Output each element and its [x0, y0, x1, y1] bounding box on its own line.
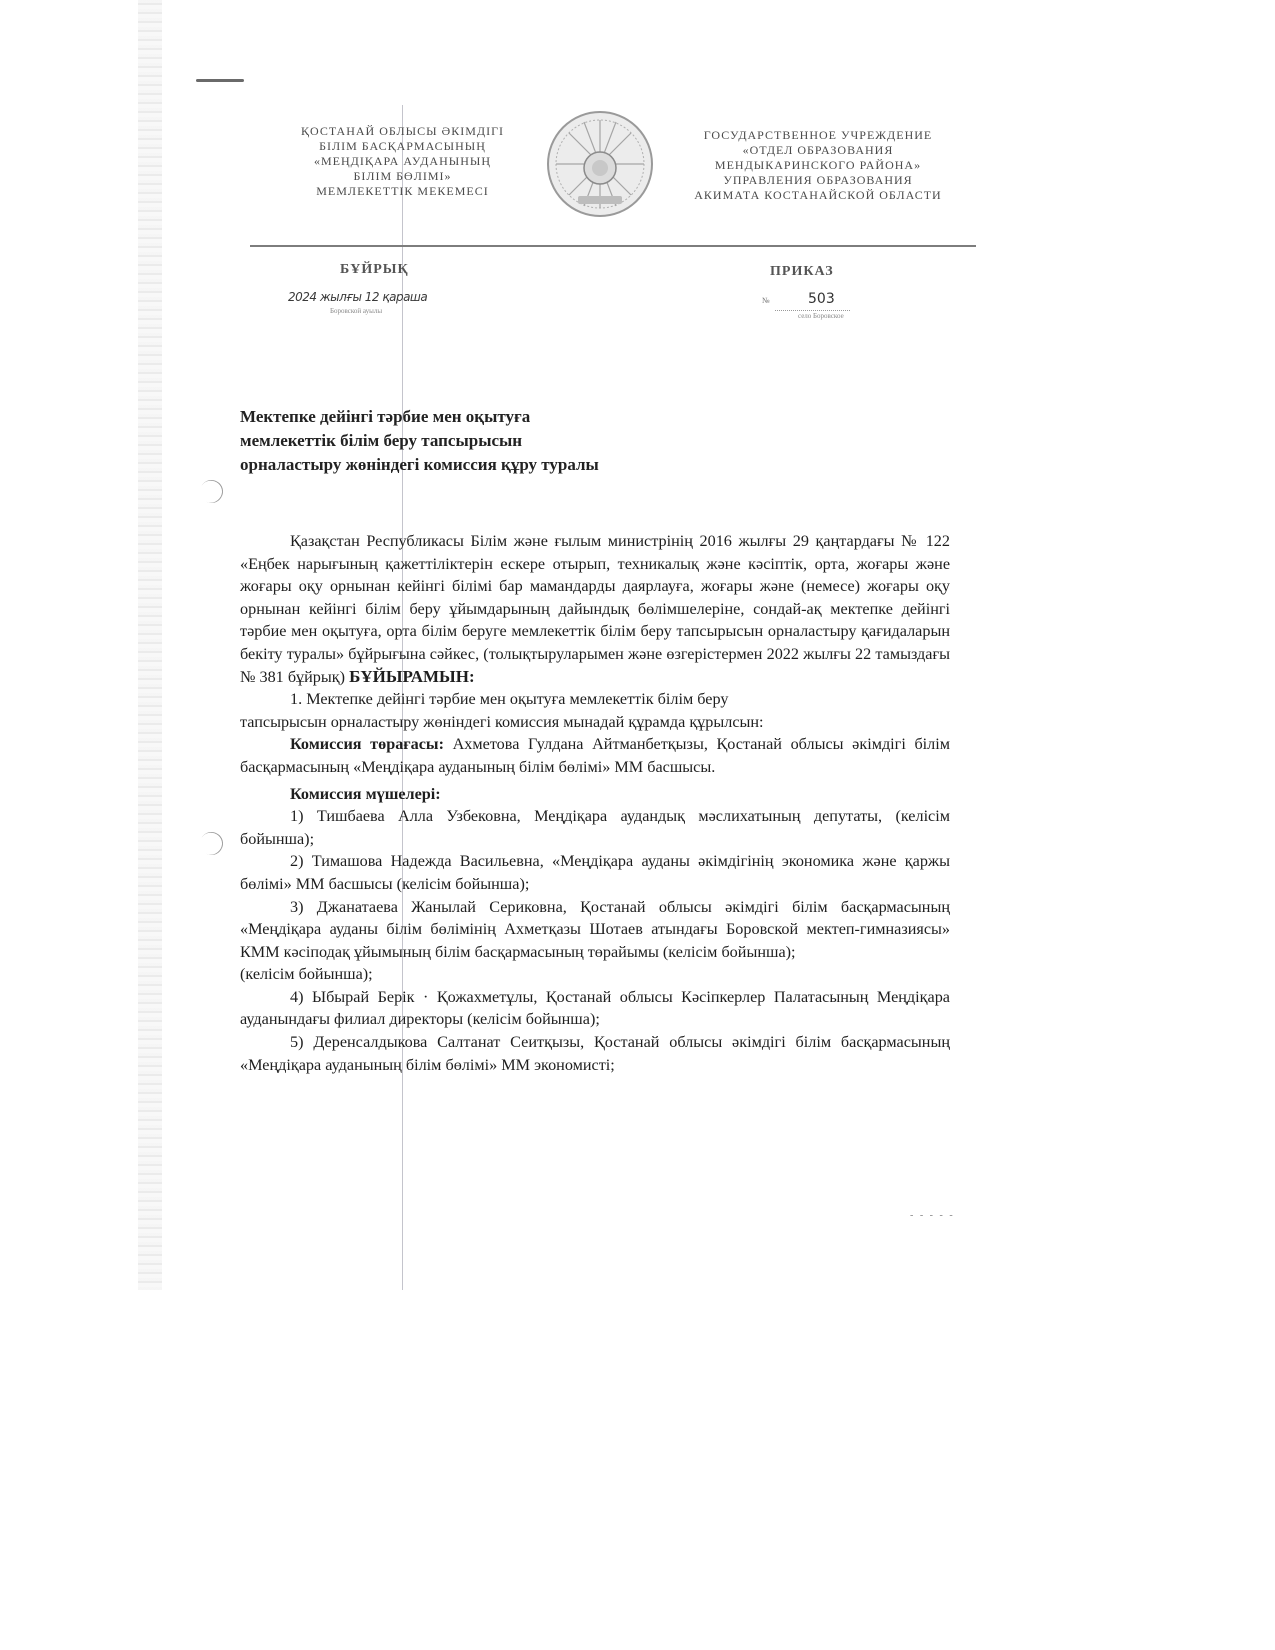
chair-paragraph: Комиссия төрағасы: Ахметова Гулдана Айтм…: [240, 733, 950, 778]
document-body: Қазақстан Республикасы Білім және ғылым …: [240, 530, 950, 1076]
scan-mark: [196, 79, 244, 82]
punch-hole-mark: [196, 476, 227, 507]
title-line: Мектепке дейінгі тәрбие мен оқытуға: [240, 405, 599, 429]
header-left-kz: ҚОСТАНАЙ ОБЛЫСЫ ӘКІМДІГІ БІЛІМ БАСҚАРМАС…: [265, 124, 540, 199]
header-line: УПРАВЛЕНИЯ ОБРАЗОВАНИЯ: [668, 173, 968, 188]
member-item: 2) Тимашова Надежда Васильевна, «Меңдіқа…: [240, 850, 950, 895]
stray-line: (келісім бойынша);: [240, 963, 950, 986]
header-line: ҚОСТАНАЙ ОБЛЫСЫ ӘКІМДІГІ: [265, 124, 540, 139]
order-place-kz: Боровской ауылы: [330, 307, 382, 315]
member-item: 1) Тишбаева Алла Узбековна, Меңдіқара ау…: [240, 805, 950, 850]
header-right-ru: ГОСУДАРСТВЕННОЕ УЧРЕЖДЕНИЕ «ОТДЕЛ ОБРАЗО…: [668, 128, 968, 203]
order-number-label: №: [762, 296, 770, 305]
order-word: БҰЙЫРАМЫН:: [349, 667, 475, 686]
item-1-continuation: тапсырысын орналастыру жөніндегі комисси…: [240, 711, 950, 734]
punch-hole-mark: [196, 828, 227, 859]
header-line: «МЕҢДІҚАРА АУДАНЫНЫҢ: [265, 154, 540, 169]
header-line: МЕНДЫКАРИНСКОГО РАЙОНА»: [668, 158, 968, 173]
header-divider: [250, 245, 976, 247]
preamble-paragraph: Қазақстан Республикасы Білім және ғылым …: [240, 530, 950, 688]
chair-label: Комиссия төрағасы:: [290, 735, 444, 753]
page-continuation-dashes: - - - - -: [910, 1210, 955, 1221]
item-1: 1. Мектепке дейінгі тәрбие мен оқытуға м…: [240, 688, 950, 711]
order-number: 503: [808, 291, 835, 307]
state-emblem-icon: [544, 108, 656, 220]
title-line: орналастыру жөніндегі комиссия құру тура…: [240, 453, 599, 477]
header-line: «ОТДЕЛ ОБРАЗОВАНИЯ: [668, 143, 968, 158]
member-item: 4) Ыбырай Берік · Қожахметұлы, Қостанай …: [240, 986, 950, 1031]
header-line: АКИМАТА КОСТАНАЙСКОЙ ОБЛАСТИ: [668, 188, 968, 203]
header-line: ГОСУДАРСТВЕННОЕ УЧРЕЖДЕНИЕ: [668, 128, 968, 143]
scan-edge-artifact: [138, 0, 162, 1290]
order-number-underline: [775, 310, 850, 311]
member-item: 5) Деренсалдыкова Салтанат Сеитқызы, Қос…: [240, 1031, 950, 1076]
title-line: мемлекеттік білім беру тапсырысын: [240, 429, 599, 453]
member-item: 3) Джанатаева Жанылай Сериковна, Қостана…: [240, 896, 950, 964]
order-date-handwritten: 2024 жылғы 12 қараша: [288, 290, 427, 304]
order-label-ru: ПРИКАЗ: [770, 264, 834, 280]
order-label-kz: БҰЙРЫҚ: [340, 262, 409, 278]
header-line: БІЛІМ БАСҚАРМАСЫНЫҢ: [265, 139, 540, 154]
order-place-ru: село Боровское: [798, 312, 844, 320]
members-label: Комиссия мүшелері:: [240, 783, 950, 806]
document-title: Мектепке дейінгі тәрбие мен оқытуға мемл…: [240, 405, 599, 477]
header-line: МЕМЛЕКЕТТІК МЕКЕМЕСІ: [265, 184, 540, 199]
header-line: БІЛІМ БӨЛІМІ»: [265, 169, 540, 184]
